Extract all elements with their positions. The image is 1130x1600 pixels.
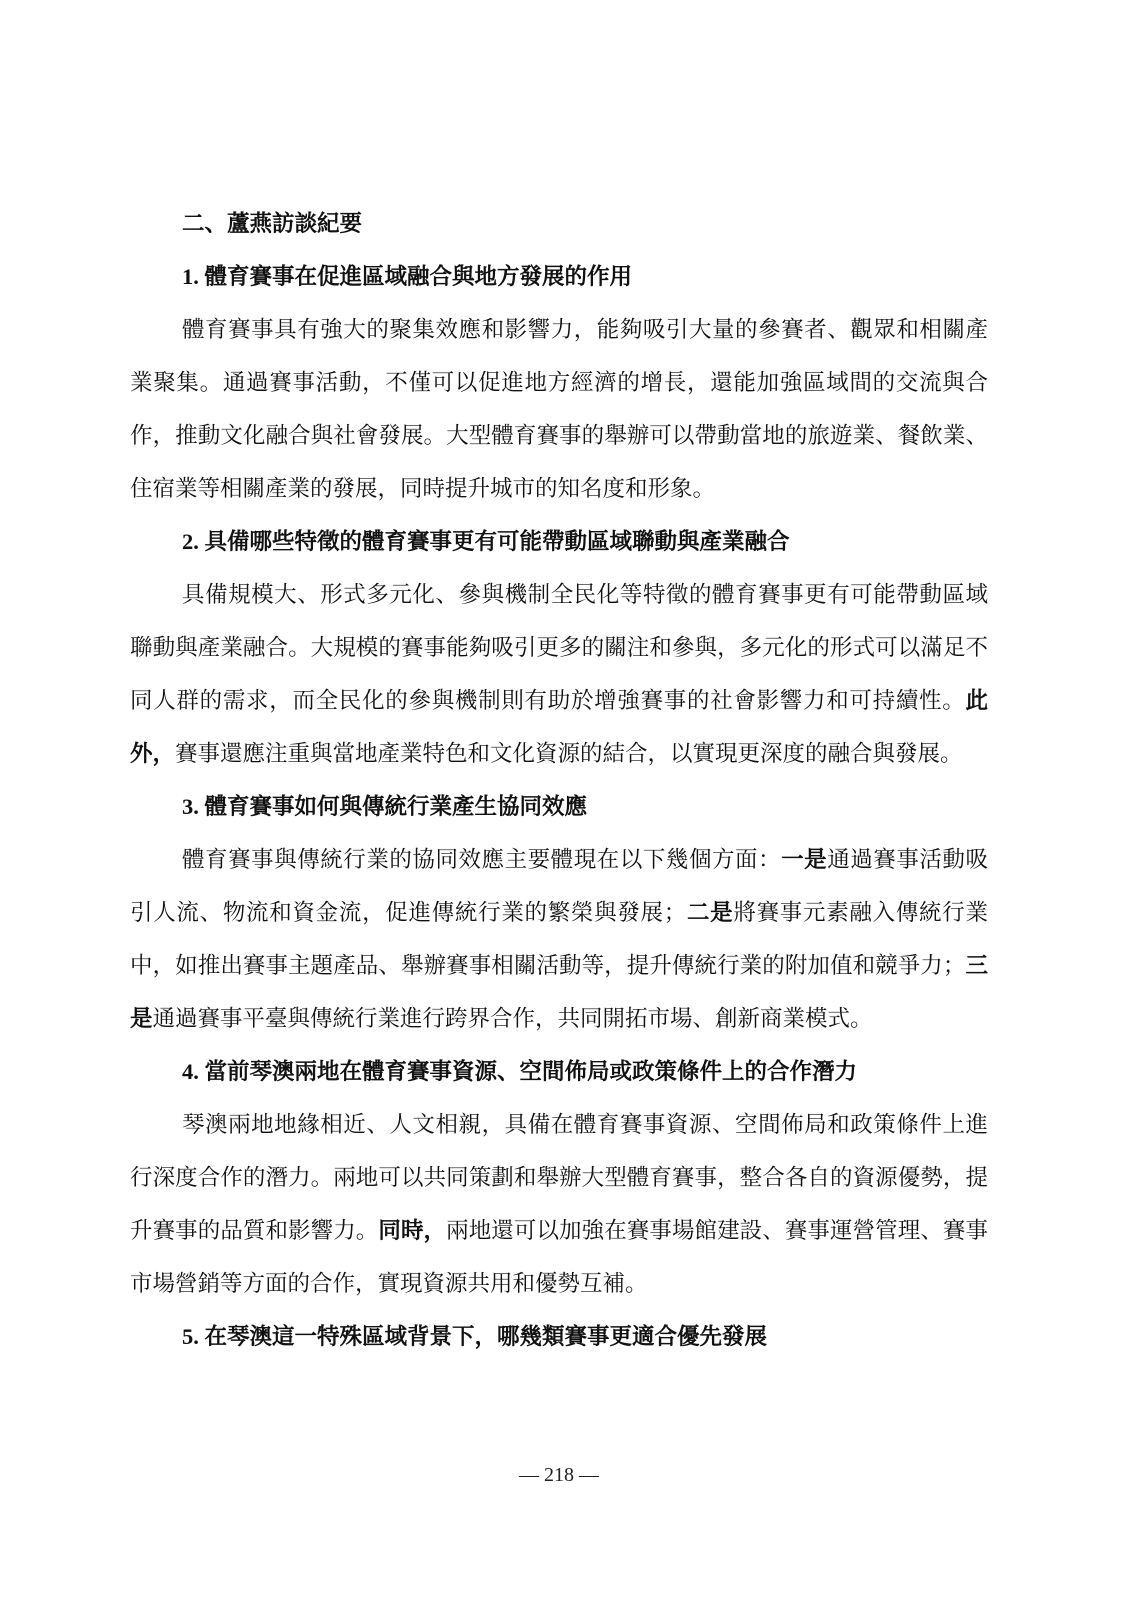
document-heading: 5. 在琴澳這一特殊區域背景下，哪幾類賽事更適合優先發展 <box>130 1310 988 1363</box>
bold-text-segment: 同時， <box>378 1218 446 1243</box>
bold-text-segment: 二、蘆燕訪談紀要 <box>182 211 362 236</box>
bold-text-segment: 1. 體育賽事在促進區域融合與地方發展的作用 <box>182 264 632 289</box>
document-heading: 4. 當前琴澳兩地在體育賽事資源、空間佈局或政策條件上的合作潛力 <box>130 1045 988 1098</box>
document-heading: 二、蘆燕訪談紀要 <box>130 197 988 250</box>
document-heading: 1. 體育賽事在促進區域融合與地方發展的作用 <box>130 250 988 303</box>
document-paragraph: 琴澳兩地地緣相近、人文相親，具備在體育賽事資源、空間佈局和政策條件上進行深度合作… <box>130 1098 988 1310</box>
document-page: 二、蘆燕訪談紀要1. 體育賽事在促進區域融合與地方發展的作用體育賽事具有強大的聚… <box>0 0 1130 1600</box>
bold-text-segment: 5. 在琴澳這一特殊區域背景下，哪幾類賽事更適合優先發展 <box>182 1324 767 1349</box>
bold-text-segment: 二是 <box>686 900 733 925</box>
document-paragraph: 體育賽事具有強大的聚集效應和影響力，能夠吸引大量的參賽者、觀眾和相關產業聚集。通… <box>130 303 988 515</box>
bold-text-segment: 2. 具備哪些特徵的體育賽事更有可能帶動區域聯動與產業融合 <box>182 529 790 554</box>
document-paragraph: 體育賽事與傳統行業的協同效應主要體現在以下幾個方面：一是通過賽事活動吸引人流、物… <box>130 833 988 1045</box>
bold-text-segment: 3. 體育賽事如何與傳統行業產生協同效應 <box>182 794 587 819</box>
text-segment: 賽事還應注重與當地產業特色和文化資源的結合，以實現更深度的融合與發展。 <box>175 741 963 766</box>
document-heading: 3. 體育賽事如何與傳統行業產生協同效應 <box>130 780 988 833</box>
text-segment: 體育賽事與傳統行業的協同效應主要體現在以下幾個方面： <box>182 847 781 872</box>
document-heading: 2. 具備哪些特徵的體育賽事更有可能帶動區域聯動與產業融合 <box>130 515 988 568</box>
bold-text-segment: 一是 <box>781 847 827 872</box>
document-paragraph: 具備規模大、形式多元化、參與機制全民化等特徵的體育賽事更有可能帶動區域聯動與產業… <box>130 568 988 780</box>
bold-text-segment: 4. 當前琴澳兩地在體育賽事資源、空間佈局或政策條件上的合作潛力 <box>182 1059 857 1084</box>
text-segment: 通過賽事平臺與傳統行業進行跨界合作，共同開拓市場、創新商業模式。 <box>153 1006 873 1031</box>
page-number: — 218 — <box>130 1462 988 1488</box>
text-segment: 體育賽事具有強大的聚集效應和影響力，能夠吸引大量的參賽者、觀眾和相關產業聚集。通… <box>130 317 988 501</box>
document-body: 二、蘆燕訪談紀要1. 體育賽事在促進區域融合與地方發展的作用體育賽事具有強大的聚… <box>130 197 988 1363</box>
text-segment: 具備規模大、形式多元化、參與機制全民化等特徵的體育賽事更有可能帶動區域聯動與產業… <box>130 582 988 713</box>
